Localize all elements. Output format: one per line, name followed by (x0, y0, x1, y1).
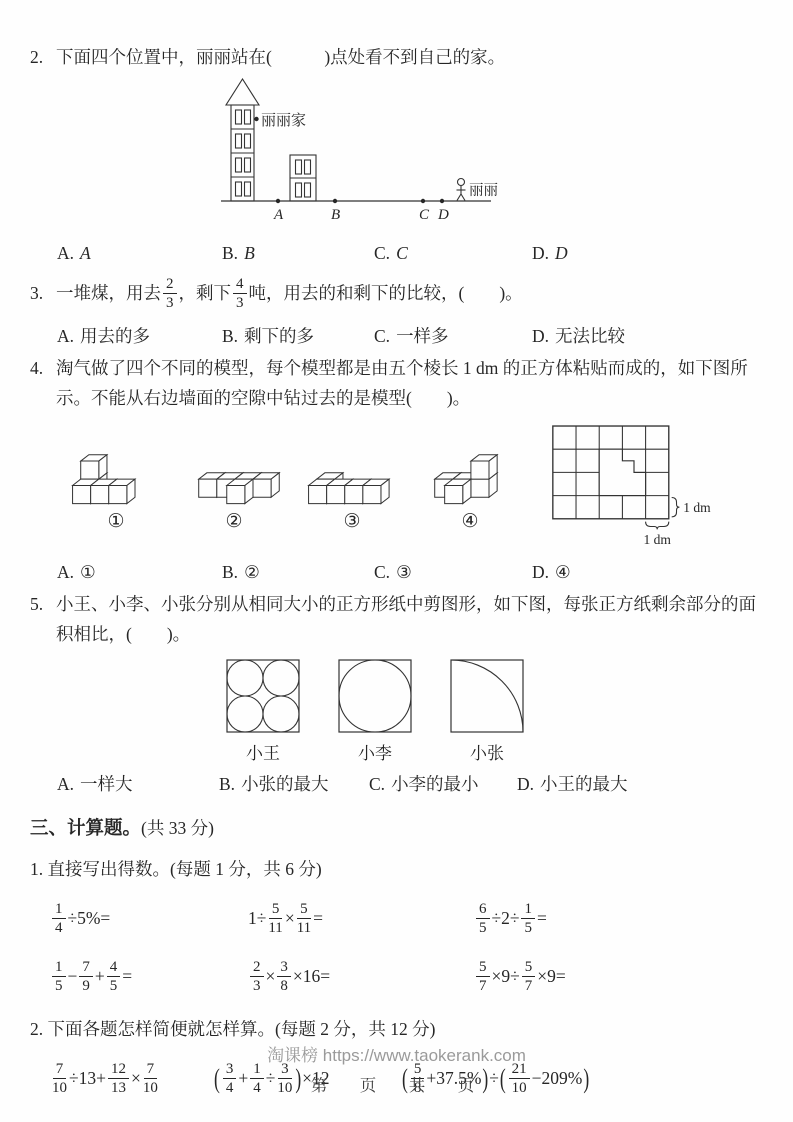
expression: 57×9÷57×9= (474, 952, 793, 1000)
question-2-number: 2. (30, 42, 43, 72)
option-c: C.一样多 (374, 323, 532, 349)
figure-xiaoli-label: 小李 (358, 739, 392, 764)
point-d-label: D (437, 207, 449, 223)
option-b: B.剩下的多 (222, 323, 374, 349)
option-b: B.B (222, 240, 374, 266)
expression: 1÷511×511= (248, 894, 474, 942)
option-c: C.③ (374, 559, 532, 585)
figure-xiaowang-svg (226, 659, 300, 733)
point-c-label: C (419, 207, 430, 223)
question-5: 5.小王、小李、小张分别从相同大小的正方形纸中剪图形，如下图，每张正方纸剩余部分… (0, 589, 793, 797)
figure-xiaoli: 小李 (338, 659, 412, 764)
question-4-options: A.① B.② C.③ D.④ (57, 559, 793, 585)
direct-calc-row-2: 15−79+45= 23×38×16= 57×9÷57×9= (50, 952, 793, 1000)
point-b-dot (333, 199, 337, 203)
footer-page-number: 第 页 共 页 (0, 1072, 793, 1096)
option-d: D.④ (532, 559, 793, 585)
question-5-options: A.一样大 B.小张的最大 C.小李的最小 D.小王的最大 (57, 771, 793, 797)
option-b: B.② (222, 559, 374, 585)
point-a-label: A (273, 207, 284, 223)
wall-grid-diagram: 1 dm 1 dm (548, 421, 720, 552)
simplify-calc-title: 2. 下面各题怎样简便就怎样算。(每题 2 分，共 12 分) (30, 1014, 793, 1044)
right-brace (672, 498, 680, 517)
person-figure (457, 179, 466, 201)
cube-model-4-label: ④ (461, 510, 478, 533)
paper-cut-figures: 小王 小李 小张 (226, 659, 793, 764)
home-label: 丽丽家 (261, 112, 306, 129)
point-a-dot (276, 199, 280, 203)
expression: 14÷5%= (50, 894, 248, 942)
cube-model-2: ② (180, 421, 288, 533)
footer-site-url: 淘课榜 https://www.taokerank.com (0, 1041, 793, 1066)
figure-xiaowang-label: 小王 (246, 739, 280, 764)
question-3-text: 3.一堆煤，用去23，剩下43吨，用去的和剩下的比较，( )。 (0, 270, 769, 316)
houses-diagram-svg: 丽丽家 A B C D (183, 78, 513, 228)
question-3-number: 3. (30, 270, 43, 316)
question-5-text: 5.小王、小李、小张分别从相同大小的正方形纸中剪图形，如下图，每张正方纸剩余部分… (0, 589, 769, 649)
question-2-text: 2.下面四个位置中，丽丽站在( )点处看不到自己的家。 (0, 42, 769, 72)
expression: 23×38×16= (248, 952, 474, 1000)
question-4-number: 4. (30, 353, 43, 383)
option-d: D.D (532, 240, 793, 266)
cube-model-2-label: ② (225, 510, 242, 533)
option-c: C.C (374, 240, 532, 266)
option-a: A.一样大 (57, 771, 219, 797)
option-b: B.小张的最大 (219, 771, 369, 797)
test-paper-page: 2.下面四个位置中，丽丽站在( )点处看不到自己的家。 丽丽家 (0, 0, 793, 1122)
bottom-brace (646, 522, 669, 530)
cube-model-1-svg (64, 433, 168, 509)
question-2: 2.下面四个位置中，丽丽站在( )点处看不到自己的家。 丽丽家 (0, 42, 793, 266)
cube-model-1-label: ① (107, 510, 124, 533)
cube-model-2-svg (182, 433, 286, 509)
expression: 65÷2÷15= (474, 894, 793, 942)
option-a: A.A (57, 240, 222, 266)
question-3-options: A.用去的多 B.剩下的多 C.一样多 D.无法比较 (57, 323, 793, 349)
short-building (290, 155, 316, 201)
figure-xiaozhang-svg (450, 659, 524, 733)
point-b-label: B (331, 207, 340, 223)
cube-models-diagram: ① ② ③ ④ (62, 421, 793, 552)
figure-xiaozhang: 小张 (450, 659, 524, 764)
question-2-options: A.A B.B C.C D.D (57, 240, 793, 266)
cube-model-4: ④ (416, 421, 524, 533)
option-d: D.小王的最大 (517, 771, 793, 797)
expression: 15−79+45= (50, 952, 248, 1000)
option-d: D.无法比较 (532, 323, 793, 349)
option-a: A.用去的多 (57, 323, 222, 349)
figure-xiaoli-svg (338, 659, 412, 733)
wall-grid-svg: 1 dm 1 dm (548, 421, 720, 547)
cube-model-3: ③ (298, 421, 406, 533)
section-3-title: 三、计算题。(共 33 分) (30, 813, 793, 844)
houses-diagram: 丽丽家 A B C D (183, 78, 793, 233)
tall-building (226, 79, 259, 201)
option-a: A.① (57, 559, 222, 585)
cube-model-3-svg (300, 433, 404, 509)
direct-calc-row-1: 14÷5%= 1÷511×511= 65÷2÷15= (50, 894, 793, 942)
question-3: 3.一堆煤，用去23，剩下43吨，用去的和剩下的比较，( )。 A.用去的多 B… (0, 270, 793, 349)
option-c: C.小李的最小 (369, 771, 517, 797)
figure-xiaowang: 小王 (226, 659, 300, 764)
figure-xiaozhang-label: 小张 (470, 739, 504, 764)
question-4-text: 4.淘气做了四个不同的模型，每个模型都是由五个棱长 1 dm 的正方体粘贴而成的… (0, 353, 769, 413)
cube-model-3-label: ③ (343, 510, 360, 533)
cube-model-4-svg (418, 433, 522, 509)
home-dot (254, 117, 258, 121)
wall-dim-right-label: 1 dm (683, 500, 711, 515)
person-label: 丽丽 (469, 182, 498, 199)
point-d-dot (440, 199, 444, 203)
direct-calc-title: 1. 直接写出得数。(每题 1 分，共 6 分) (30, 854, 793, 884)
cube-model-1: ① (62, 421, 170, 533)
point-c-dot (421, 199, 425, 203)
question-5-number: 5. (30, 589, 43, 619)
page-footer: 淘课榜 https://www.taokerank.com 第 页 共 页 (0, 1041, 793, 1096)
question-4: 4.淘气做了四个不同的模型，每个模型都是由五个棱长 1 dm 的正方体粘贴而成的… (0, 353, 793, 585)
wall-dim-bottom-label: 1 dm (643, 532, 671, 547)
wall-hole (599, 449, 645, 495)
